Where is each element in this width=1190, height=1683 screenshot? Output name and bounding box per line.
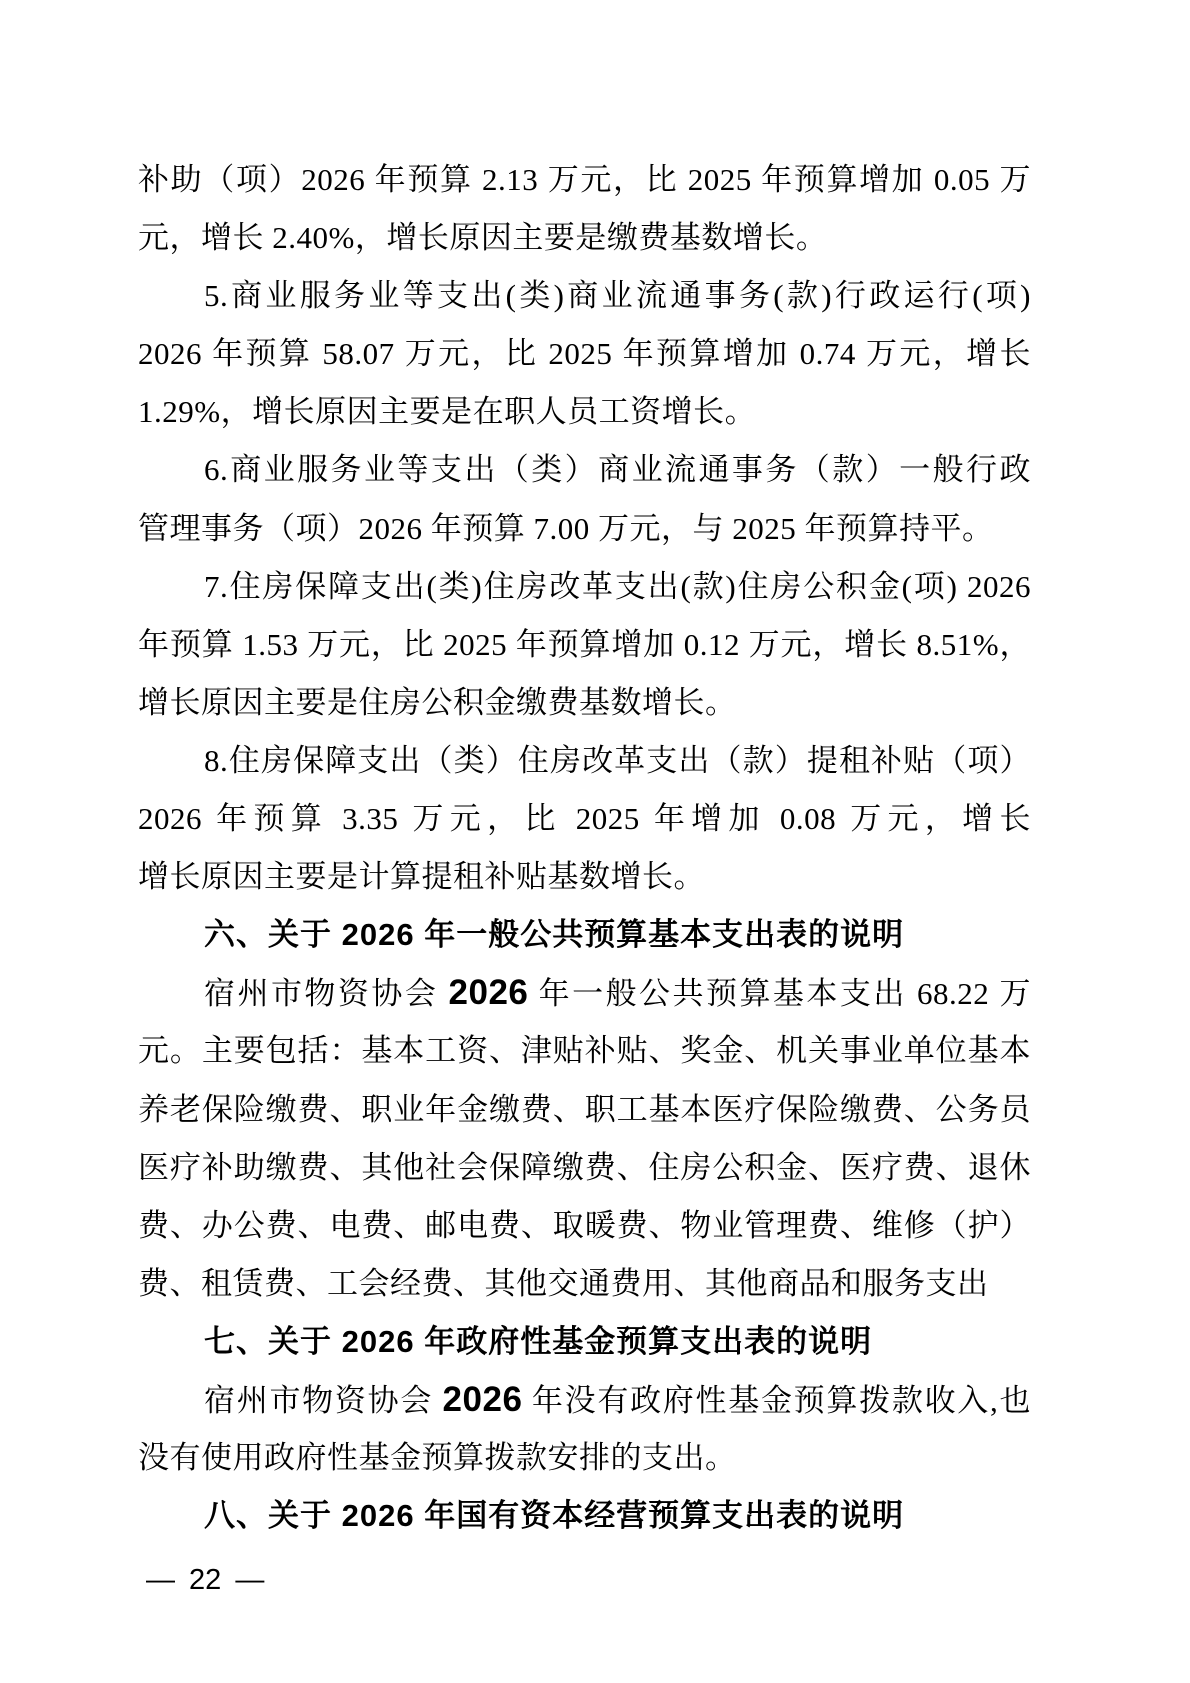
text-segment: 6.商业服务业等支出（类）商业流通事务（款）一般行政 <box>204 452 1031 487</box>
text-line: 养老保险缴费、职业年金缴费、职工基本医疗保险缴费、公务员 <box>138 1081 1031 1139</box>
text-line: 管理事务（项）2026 年预算 7.00 万元，与 2025 年预算持平。 <box>138 500 1031 558</box>
section-heading: 七、关于 2026 年政府性基金预算支出表的说明 <box>138 1313 1031 1371</box>
text-segment: 增长原因主要是住房公积金缴费基数增长。 <box>138 685 737 720</box>
page-number: — 22 — <box>146 1564 264 1596</box>
text-segment: 2026 年预算 3.35 万元，比 2025 年增加 0.08 万元，增长 2… <box>138 801 1031 848</box>
text-segment: 七、关于 2026 年政府性基金预算支出表的说明 <box>204 1324 872 1359</box>
text-line: 7.住房保障支出(类)住房改革支出(款)住房公积金(项) 2026 <box>138 558 1031 616</box>
bold-year-number: 2026 <box>449 973 529 1012</box>
text-line: 医疗补助缴费、其他社会保障缴费、住房公积金、医疗费、退休 <box>138 1139 1031 1197</box>
text-line: 6.商业服务业等支出（类）商业流通事务（款）一般行政 <box>138 441 1031 499</box>
text-line: 补助（项）2026 年预算 2.13 万元，比 2025 年预算增加 0.05 … <box>138 151 1031 209</box>
text-segment: 费、办公费、电费、邮电费、取暖费、物业管理费、维修（护） <box>138 1208 1031 1243</box>
text-segment: 年没有政府性基金预算拨款收入,也 <box>522 1383 1031 1418</box>
text-segment: 宿州市物资协会 <box>204 976 449 1011</box>
text-line: 2026 年预算 3.35 万元，比 2025 年增加 0.08 万元，增长 2… <box>138 790 1031 848</box>
text-line: 1.29%，增长原因主要是在职人员工资增长。 <box>138 383 1031 441</box>
text-segment: 六、关于 2026 年一般公共预算基本支出表的说明 <box>204 917 904 952</box>
text-segment: 元。主要包括：基本工资、津贴补贴、奖金、机关事业单位基本 <box>138 1033 1031 1068</box>
text-segment: 医疗补助缴费、其他社会保障缴费、住房公积金、医疗费、退休 <box>138 1150 1031 1185</box>
text-line: 增长原因主要是计算提租补贴基数增长。 <box>138 848 1031 906</box>
text-line: 元，增长 2.40%，增长原因主要是缴费基数增长。 <box>138 209 1031 267</box>
text-segment: 元，增长 2.40%，增长原因主要是缴费基数增长。 <box>138 220 827 255</box>
page-footer: — 22 — <box>146 1560 264 1600</box>
text-line: 增长原因主要是住房公积金缴费基数增长。 <box>138 674 1031 732</box>
text-segment: 宿州市物资协会 <box>204 1383 443 1418</box>
document-page: 补助（项）2026 年预算 2.13 万元，比 2025 年预算增加 0.05 … <box>0 0 1190 1683</box>
text-line: 费、租赁费、工会经费、其他交通费用、其他商品和服务支出等。 <box>138 1255 1031 1313</box>
text-segment: 8.住房保障支出（类）住房改革支出（款）提租补贴（项） <box>204 743 1031 778</box>
text-line: 宿州市物资协会 2026 年没有政府性基金预算拨款收入,也 <box>138 1371 1031 1429</box>
text-segment: 2026 年预算 58.07 万元，比 2025 年预算增加 0.74 万元，增… <box>138 336 1031 371</box>
text-segment: 没有使用政府性基金预算拨款安排的支出。 <box>138 1440 737 1475</box>
text-segment: 1.29%，增长原因主要是在职人员工资增长。 <box>138 394 756 429</box>
text-line: 宿州市物资协会 2026 年一般公共预算基本支出 68.22 万 <box>138 964 1031 1022</box>
text-segment: 年预算 1.53 万元，比 2025 年预算增加 0.12 万元，增长 8.51… <box>138 627 1031 662</box>
bold-year-number: 2026 <box>443 1380 523 1419</box>
text-line: 5.商业服务业等支出(类)商业流通事务(款)行政运行(项) <box>138 267 1031 325</box>
text-line: 元。主要包括：基本工资、津贴补贴、奖金、机关事业单位基本 <box>138 1022 1031 1080</box>
text-line: 年预算 1.53 万元，比 2025 年预算增加 0.12 万元，增长 8.51… <box>138 616 1031 674</box>
text-segment: 养老保险缴费、职业年金缴费、职工基本医疗保险缴费、公务员 <box>138 1092 1031 1127</box>
document-body: 补助（项）2026 年预算 2.13 万元，比 2025 年预算增加 0.05 … <box>138 151 1031 1545</box>
text-line: 8.住房保障支出（类）住房改革支出（款）提租补贴（项） <box>138 732 1031 790</box>
text-segment: 费、租赁费、工会经费、其他交通费用、其他商品和服务支出等。 <box>138 1266 989 1313</box>
text-segment: 增长原因主要是计算提租补贴基数增长。 <box>138 859 705 894</box>
text-segment: 八、关于 2026 年国有资本经营预算支出表的说明 <box>204 1498 904 1533</box>
text-line: 2026 年预算 58.07 万元，比 2025 年预算增加 0.74 万元，增… <box>138 325 1031 383</box>
section-heading: 六、关于 2026 年一般公共预算基本支出表的说明 <box>138 906 1031 964</box>
text-line: 费、办公费、电费、邮电费、取暖费、物业管理费、维修（护） <box>138 1197 1031 1255</box>
text-line: 没有使用政府性基金预算拨款安排的支出。 <box>138 1429 1031 1487</box>
text-segment: 5.商业服务业等支出(类)商业流通事务(款)行政运行(项) <box>204 278 1031 313</box>
text-segment: 管理事务（项）2026 年预算 7.00 万元，与 2025 年预算持平。 <box>138 511 994 546</box>
text-segment: 补助（项）2026 年预算 2.13 万元，比 2025 年预算增加 0.05 … <box>138 162 1031 197</box>
text-segment: 7.住房保障支出(类)住房改革支出(款)住房公积金(项) 2026 <box>204 569 1031 604</box>
section-heading: 八、关于 2026 年国有资本经营预算支出表的说明 <box>138 1487 1031 1545</box>
text-segment: 年一般公共预算基本支出 68.22 万 <box>528 976 1031 1011</box>
